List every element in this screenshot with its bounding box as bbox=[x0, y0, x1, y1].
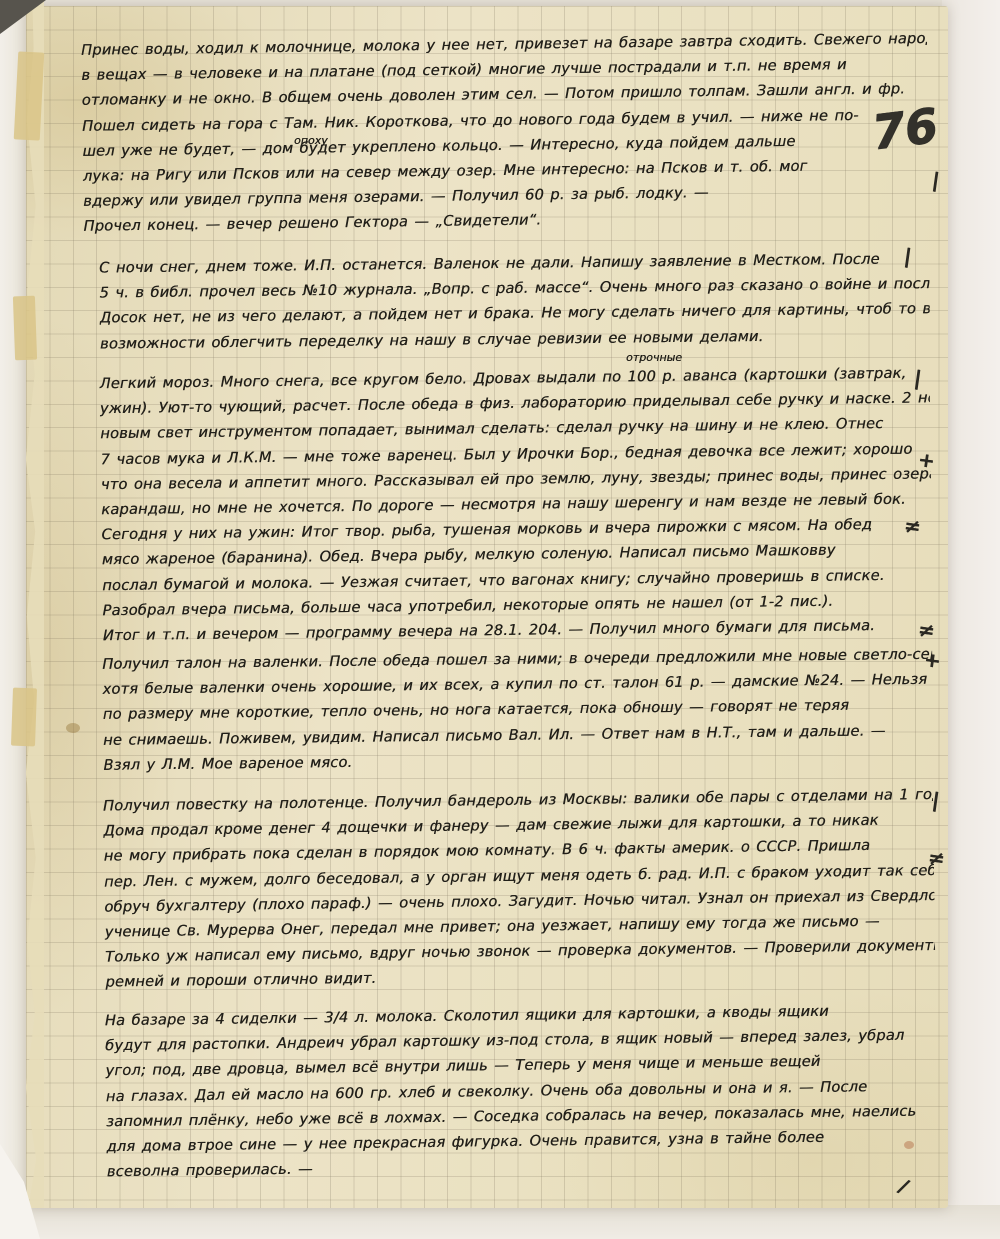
margin-mark: + bbox=[922, 647, 942, 673]
handwriting-line-text: для дома втрое сине — у нее прекрасная ф… bbox=[106, 1129, 824, 1155]
handwriting-line-text: Взял у Л.М. Мое вареное мясо. bbox=[103, 754, 352, 774]
handwriting-line-text: всеволна проверилась. — bbox=[107, 1160, 313, 1180]
tape-fragment bbox=[11, 688, 37, 747]
diary-entry-11: 11)Легкий мороз. Много снега, все кругом… bbox=[69, 361, 933, 649]
tape-fragment bbox=[14, 51, 45, 140]
handwriting-line-text: Прочел конец. — вечер решено Гектора — „… bbox=[83, 212, 541, 235]
scan-background-right bbox=[942, 0, 1000, 1239]
margin-mark: ≠ bbox=[916, 617, 936, 643]
tape-fragment bbox=[13, 296, 37, 361]
interline-note: опоху bbox=[294, 134, 328, 147]
handwriting-line-text: возможности облегчить переделку на нашу … bbox=[100, 327, 764, 352]
handwriting-line-text: вдержу или увидел группа меня озерами. —… bbox=[83, 184, 709, 210]
diary-page: Принес воды, ходил к молочнице, молока у… bbox=[26, 6, 948, 1208]
diary-entry-13: 13)Получил повестку на полотенце. Получи… bbox=[73, 782, 936, 995]
page-number: 76 bbox=[869, 98, 941, 161]
margin-mark: ≠ bbox=[926, 845, 946, 871]
margin-mark: | bbox=[930, 168, 941, 193]
margin-mark: + bbox=[916, 447, 936, 473]
handwriting-line-text: Итог и т.п. и вечером — программу вечера… bbox=[103, 617, 875, 644]
handwriting-text: Принес воды, ходил к молочнице, молока у… bbox=[67, 29, 936, 1202]
margin-mark: ≠ bbox=[902, 513, 922, 539]
scan-background-bottom bbox=[0, 1205, 1000, 1239]
handwriting-line-text: С ночи снег, днем тоже. И.П. останется. … bbox=[99, 250, 880, 276]
diary-entry-continuation: Принес воды, ходил к молочнице, молока у… bbox=[67, 26, 930, 239]
handwriting-line-text: ремней и пороши отлично видит. bbox=[105, 970, 376, 991]
handwriting-line-text: Досок нет, не из чего делают, а пойдем н… bbox=[100, 300, 930, 327]
interline-note: отрочные bbox=[626, 351, 682, 364]
diary-entry-10: 10)С ночи снег, днем тоже. И.П. останетс… bbox=[69, 246, 930, 356]
scanned-diary-page: Принес воды, ходил к молочнице, молока у… bbox=[0, 0, 1000, 1239]
diary-entry-12: 12)Получил талон на валенки. После обеда… bbox=[72, 642, 933, 778]
diary-entry-14: 14)На базаре за 4 сиделки — 3/4 л. молок… bbox=[75, 997, 937, 1185]
